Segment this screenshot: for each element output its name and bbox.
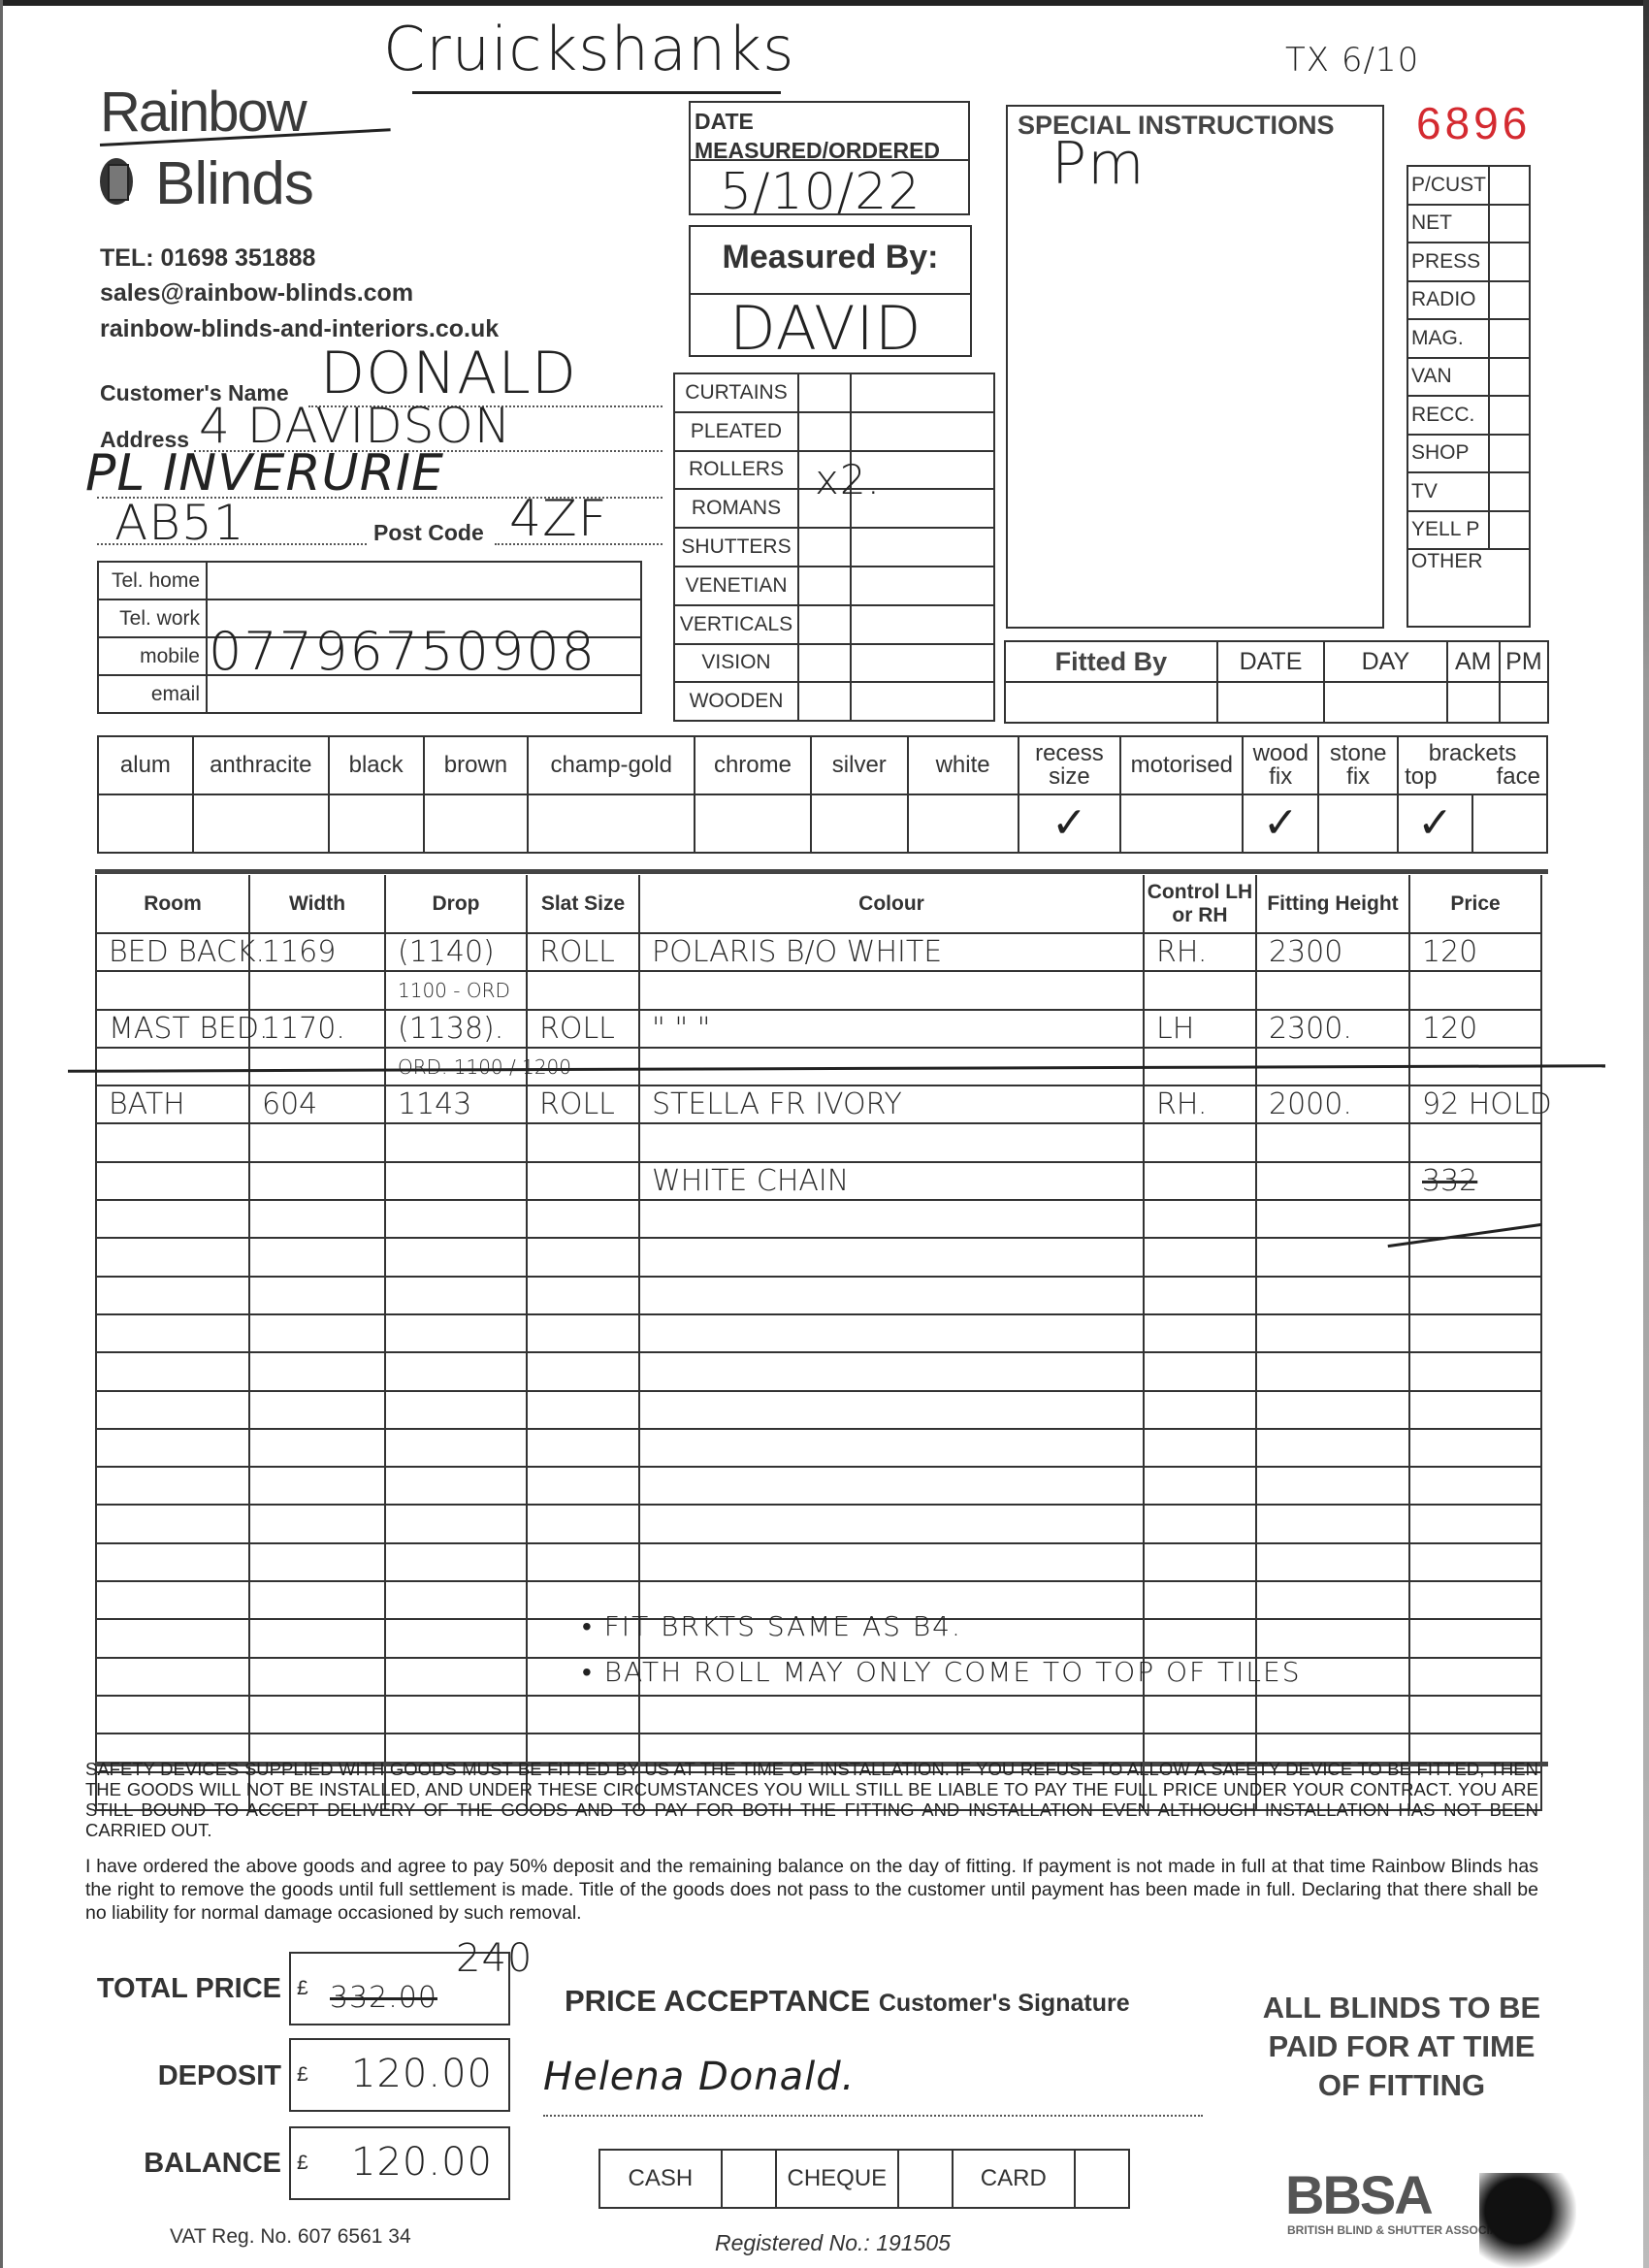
- cell-control[interactable]: [1144, 1619, 1256, 1657]
- cell-price[interactable]: [1409, 1505, 1541, 1542]
- cell-price[interactable]: [1409, 971, 1541, 1009]
- product-type-row: CURTAINS: [674, 373, 994, 412]
- address-line2-value[interactable]: PL INVERURIE: [85, 444, 444, 502]
- cell-price[interactable]: [1409, 1658, 1541, 1696]
- lead-source-checkbox[interactable]: [1489, 281, 1530, 320]
- cell-width[interactable]: [249, 1658, 385, 1696]
- fitting-schedule-table: Fitted By DATE DAY AM PM: [1004, 640, 1549, 724]
- product-type-notes[interactable]: [851, 567, 994, 605]
- balance-label: BALANCE: [58, 2148, 281, 2180]
- cell-drop[interactable]: [385, 1505, 527, 1542]
- cell-colour[interactable]: [639, 1238, 1144, 1276]
- lead-source-row: RADIO: [1407, 281, 1530, 320]
- cell-colour[interactable]: [639, 1352, 1144, 1390]
- cell-width[interactable]: [249, 971, 385, 1009]
- payment-cheque-checkbox[interactable]: [898, 2150, 953, 2208]
- cell-colour[interactable]: STELLA FR IVORY: [639, 1085, 1144, 1123]
- registered-number: Registered No.: 191505: [715, 2230, 951, 2256]
- option-white-checkbox[interactable]: [908, 794, 1018, 853]
- cell-room[interactable]: [96, 1619, 249, 1657]
- date-value[interactable]: 5/10/22: [720, 163, 921, 221]
- lead-source-row: P/CUST: [1407, 166, 1530, 205]
- option-motorised: motorised: [1120, 736, 1243, 794]
- cell-slat[interactable]: [527, 1352, 639, 1390]
- product-type-notes[interactable]: [851, 605, 994, 644]
- cell-width[interactable]: [249, 1619, 385, 1657]
- cell-slat[interactable]: [527, 1505, 639, 1542]
- price-acceptance-heading: PRICE ACCEPTANCE Customer's Signature: [565, 1984, 1130, 2019]
- ink-smudge: [1479, 2173, 1576, 2268]
- cell-width[interactable]: [249, 1543, 385, 1581]
- scan-edge-right: [1643, 0, 1649, 2268]
- fitting-header-row: Fitted By DATE DAY AM PM: [1005, 641, 1548, 682]
- cell-drop[interactable]: 1143: [385, 1085, 527, 1123]
- option-silver: silver: [811, 736, 908, 794]
- cell-control[interactable]: [1144, 1429, 1256, 1467]
- brackets-face-checkbox[interactable]: [1473, 795, 1546, 852]
- option-champ-gold: champ-gold: [528, 736, 695, 794]
- lead-source-row: VAN: [1407, 358, 1530, 397]
- pound-sign: £: [297, 2152, 308, 2175]
- cell-width[interactable]: [249, 1123, 385, 1161]
- product-type-notes[interactable]: [851, 682, 994, 721]
- product-type-row: VISION: [674, 644, 994, 683]
- product-type-label: VENETIAN: [674, 567, 798, 605]
- special-instructions-value[interactable]: Pm: [1051, 130, 1146, 198]
- cell-colour[interactable]: [639, 1505, 1144, 1542]
- option-wood-fix: wood fix: [1243, 736, 1318, 794]
- lead-source-checkbox[interactable]: [1489, 319, 1530, 358]
- lead-source-row: TV: [1407, 472, 1530, 511]
- total-price-struck: 332.00: [330, 1981, 437, 2015]
- product-type-qty[interactable]: [798, 605, 851, 644]
- brackets-top-label: top: [1405, 765, 1437, 789]
- cell-fitting-height[interactable]: 2300: [1256, 933, 1409, 971]
- cell-drop[interactable]: [385, 1200, 527, 1238]
- cell-colour[interactable]: [639, 1314, 1144, 1352]
- cell-slat[interactable]: [527, 971, 639, 1009]
- cell-width[interactable]: [249, 1238, 385, 1276]
- table-row: [96, 1391, 1541, 1429]
- cell-fitting-height[interactable]: [1256, 1543, 1409, 1581]
- total-price-box[interactable]: £ 332.00 240: [289, 1952, 510, 2025]
- option-chrome: chrome: [695, 736, 811, 794]
- payment-cheque-label: CHEQUE: [776, 2150, 898, 2208]
- table-row: 1100 - ORD: [96, 971, 1541, 1009]
- cell-fitting-height[interactable]: [1256, 1352, 1409, 1390]
- cell-room[interactable]: [96, 1696, 249, 1733]
- cell-room[interactable]: [96, 1581, 249, 1619]
- cell-price[interactable]: [1409, 1467, 1541, 1505]
- cell-room[interactable]: MAST BED.: [96, 1010, 249, 1048]
- order-table-top-rule: [95, 869, 1548, 874]
- option-silver-checkbox[interactable]: [811, 794, 908, 853]
- lead-source-other-field[interactable]: OTHER: [1407, 549, 1530, 627]
- logo-blinds-text: Blinds: [155, 149, 313, 218]
- cell-control[interactable]: [1144, 1543, 1256, 1581]
- date-label: DATE MEASURED/ORDERED: [695, 107, 940, 165]
- order-note-2: • BATH ROLL MAY ONLY COME TO TOP OF TILE…: [582, 1656, 1301, 1688]
- cell-slat[interactable]: [527, 1467, 639, 1505]
- cell-fitting-height[interactable]: [1256, 1277, 1409, 1314]
- cell-price[interactable]: 120: [1409, 933, 1541, 971]
- cell-price[interactable]: [1409, 1543, 1541, 1581]
- cell-price[interactable]: [1409, 1391, 1541, 1429]
- deposit-label: DEPOSIT: [58, 2060, 281, 2092]
- email-label: email: [98, 675, 207, 713]
- table-row: [96, 1277, 1541, 1314]
- brackets-top-checkbox[interactable]: ✓: [1399, 795, 1473, 852]
- cell-room[interactable]: [96, 1048, 249, 1085]
- cell-fitting-height[interactable]: [1256, 1162, 1409, 1200]
- cell-room[interactable]: [96, 1391, 249, 1429]
- finish-options-table: alum anthracite black brown champ-gold c…: [97, 735, 1548, 854]
- cell-drop[interactable]: [385, 1619, 527, 1657]
- fitting-pm-checkbox[interactable]: [1500, 682, 1548, 723]
- cell-control[interactable]: [1144, 1581, 1256, 1619]
- product-type-qty[interactable]: [798, 528, 851, 567]
- cell-fitting-height[interactable]: [1256, 1200, 1409, 1238]
- cell-drop[interactable]: ORD. 1100 / 1200: [385, 1048, 527, 1085]
- checkmark-icon: ✓: [1263, 799, 1299, 847]
- cell-fitting-height[interactable]: [1256, 1429, 1409, 1467]
- cell-room[interactable]: [96, 1238, 249, 1276]
- cell-control[interactable]: [1144, 1505, 1256, 1542]
- cell-colour[interactable]: [639, 1123, 1144, 1161]
- cell-colour[interactable]: [639, 1391, 1144, 1429]
- cell-control[interactable]: [1144, 1467, 1256, 1505]
- cell-control[interactable]: [1144, 1123, 1256, 1161]
- cell-room[interactable]: [96, 1429, 249, 1467]
- cell-width[interactable]: [249, 1162, 385, 1200]
- lead-source-row: PRESS: [1407, 243, 1530, 281]
- measured-by-box: Measured By: DAVID: [689, 225, 972, 357]
- cell-price[interactable]: [1409, 1314, 1541, 1352]
- cell-price[interactable]: [1409, 1277, 1541, 1314]
- safety-terms: SAFETY DEVICES SUPPLIED WITH GOODS MUST …: [85, 1759, 1538, 1840]
- lead-source-row: NET: [1407, 205, 1530, 243]
- table-row: [96, 1238, 1541, 1276]
- cell-price[interactable]: [1409, 1429, 1541, 1467]
- cell-room[interactable]: [96, 1505, 249, 1542]
- option-alum-checkbox[interactable]: [98, 794, 193, 853]
- table-row: [96, 1505, 1541, 1542]
- cell-width[interactable]: [249, 1048, 385, 1085]
- table-row: [96, 1429, 1541, 1467]
- lead-source-checkbox[interactable]: [1489, 472, 1530, 511]
- cell-width[interactable]: [249, 1505, 385, 1542]
- phone-home-label: Tel. home: [98, 562, 207, 599]
- cell-fitting-height[interactable]: [1256, 1123, 1409, 1161]
- fitting-am-checkbox[interactable]: [1447, 682, 1500, 723]
- product-type-qty[interactable]: [798, 373, 851, 412]
- cell-fitting-height[interactable]: [1256, 1581, 1409, 1619]
- cell-room[interactable]: [96, 1543, 249, 1581]
- cell-room[interactable]: [96, 1467, 249, 1505]
- cell-room[interactable]: [96, 1123, 249, 1161]
- cell-slat[interactable]: [527, 1314, 639, 1352]
- cell-drop[interactable]: (1140): [385, 933, 527, 971]
- cell-control[interactable]: RH.: [1144, 1085, 1256, 1123]
- cell-room[interactable]: BATH: [96, 1085, 249, 1123]
- cell-drop[interactable]: 1100 - ORD: [385, 971, 527, 1009]
- order-table-header: Room Width Drop Slat Size Colour Control…: [96, 875, 1541, 933]
- product-type-table: CURTAINS PLEATED ROLLERS ROMANS SHUTTERS…: [673, 373, 995, 722]
- payment-card-checkbox[interactable]: [1075, 2150, 1129, 2208]
- cell-slat[interactable]: [527, 1429, 639, 1467]
- fitting-pm-label: PM: [1500, 641, 1548, 682]
- balance-box[interactable]: £ 120.00: [289, 2126, 510, 2200]
- deposit-box[interactable]: £ 120.00: [289, 2038, 510, 2112]
- cell-colour[interactable]: [639, 1467, 1144, 1505]
- phone-home-field[interactable]: [207, 562, 641, 599]
- cell-price[interactable]: [1409, 1238, 1541, 1276]
- cell-colour[interactable]: [639, 1696, 1144, 1733]
- cell-price[interactable]: [1409, 1581, 1541, 1619]
- lead-source-row: YELL P: [1407, 511, 1530, 550]
- cell-colour[interactable]: [639, 1429, 1144, 1467]
- customer-signature-label: Customer's Signature: [879, 1990, 1130, 2017]
- lead-source-checkbox[interactable]: [1489, 435, 1530, 473]
- cell-width[interactable]: [249, 1391, 385, 1429]
- cell-control[interactable]: [1144, 1162, 1256, 1200]
- cell-drop[interactable]: [385, 1467, 527, 1505]
- cell-control[interactable]: [1144, 1352, 1256, 1390]
- cell-slat[interactable]: [527, 1123, 639, 1161]
- total-price-value: 240: [456, 1936, 533, 1981]
- cell-room[interactable]: [96, 1352, 249, 1390]
- product-type-qty[interactable]: [798, 682, 851, 721]
- cell-slat[interactable]: ROLL: [527, 933, 639, 971]
- cell-fitting-height[interactable]: [1256, 1391, 1409, 1429]
- product-type-notes[interactable]: [851, 412, 994, 451]
- cell-fitting-height[interactable]: 2300.: [1256, 1010, 1409, 1048]
- product-type-row: VENETIAN: [674, 567, 994, 605]
- cell-slat[interactable]: ROLL: [527, 1085, 639, 1123]
- cell-control[interactable]: LH: [1144, 1010, 1256, 1048]
- rollers-quantity-mark: x2.: [815, 456, 881, 503]
- cell-width[interactable]: [249, 1314, 385, 1352]
- col-fitting-height: Fitting Height: [1256, 875, 1409, 933]
- cell-fitting-height[interactable]: 2000.: [1256, 1085, 1409, 1123]
- cell-drop[interactable]: [385, 1658, 527, 1696]
- col-slat-size: Slat Size: [527, 875, 639, 933]
- product-type-qty[interactable]: [798, 567, 851, 605]
- option-wood-fix-checkbox[interactable]: ✓: [1243, 794, 1318, 853]
- cell-control[interactable]: [1144, 1238, 1256, 1276]
- pound-sign: £: [297, 1977, 308, 2000]
- product-type-qty[interactable]: [798, 644, 851, 683]
- postcode-label: Post Code: [373, 520, 484, 546]
- table-row: [96, 1314, 1541, 1352]
- option-motorised-checkbox[interactable]: [1120, 794, 1243, 853]
- cell-price[interactable]: [1409, 1619, 1541, 1657]
- postcode-value[interactable]: 4ZF: [509, 490, 608, 548]
- lead-source-checkbox[interactable]: [1489, 511, 1530, 550]
- cell-room[interactable]: BED BACK.: [96, 933, 249, 971]
- cell-width[interactable]: [249, 1696, 385, 1733]
- cell-slat[interactable]: [527, 1391, 639, 1429]
- cell-price[interactable]: [1409, 1123, 1541, 1161]
- payment-method-row: CASH CHEQUE CARD: [599, 2150, 1129, 2208]
- cell-slat[interactable]: [527, 1238, 639, 1276]
- phone-row: Tel. home: [98, 562, 641, 599]
- customer-signature[interactable]: Helena Donald.: [543, 2055, 855, 2099]
- option-chrome-checkbox[interactable]: [695, 794, 811, 853]
- lead-source-row: RECC.: [1407, 396, 1530, 435]
- cell-drop[interactable]: [385, 1391, 527, 1429]
- cell-control[interactable]: [1144, 1277, 1256, 1314]
- table-row: [96, 1467, 1541, 1505]
- cell-width[interactable]: 604: [249, 1085, 385, 1123]
- option-brown: brown: [424, 736, 529, 794]
- table-row: [96, 1200, 1541, 1238]
- option-recess-size-checkbox[interactable]: ✓: [1018, 794, 1121, 853]
- cell-control[interactable]: [1144, 971, 1256, 1009]
- product-type-notes[interactable]: [851, 528, 994, 567]
- fitting-day-field[interactable]: [1324, 682, 1446, 723]
- cell-colour[interactable]: [639, 1200, 1144, 1238]
- cell-colour[interactable]: [639, 1277, 1144, 1314]
- cell-width[interactable]: 1169: [249, 933, 385, 971]
- cell-width[interactable]: [249, 1429, 385, 1467]
- lead-source-checkbox[interactable]: [1489, 396, 1530, 435]
- lead-source-table: P/CUST NET PRESS RADIO MAG. VAN RECC. SH…: [1406, 165, 1531, 628]
- lead-source-checkbox[interactable]: [1489, 243, 1530, 281]
- cell-drop[interactable]: [385, 1314, 527, 1352]
- cell-room[interactable]: [96, 1200, 249, 1238]
- phone-mobile-label: mobile: [98, 637, 207, 675]
- cell-width[interactable]: [249, 1277, 385, 1314]
- fitting-date-label: DATE: [1217, 641, 1324, 682]
- cell-room[interactable]: [96, 1277, 249, 1314]
- payment-cash-checkbox[interactable]: [722, 2150, 776, 2208]
- scan-edge-left: [0, 0, 3, 2268]
- cell-width[interactable]: 1170.: [249, 1010, 385, 1048]
- cell-fitting-height[interactable]: [1256, 1238, 1409, 1276]
- cell-price[interactable]: 120: [1409, 1010, 1541, 1048]
- cell-price[interactable]: [1409, 1352, 1541, 1390]
- handwritten-tx-note: TX 6/10: [1285, 41, 1419, 80]
- checkmark-icon: ✓: [1051, 799, 1087, 847]
- cell-colour[interactable]: POLARIS B/O WHITE: [639, 933, 1144, 971]
- cell-width[interactable]: [249, 1467, 385, 1505]
- checkmark-icon: ✓: [1417, 812, 1453, 835]
- fitted-by-field[interactable]: [1005, 682, 1217, 723]
- cell-drop[interactable]: [385, 1352, 527, 1390]
- scan-edge-top: [0, 0, 1649, 6]
- product-type-qty[interactable]: [798, 412, 851, 451]
- option-stone-fix-checkbox[interactable]: [1318, 794, 1398, 853]
- cell-control[interactable]: [1144, 1200, 1256, 1238]
- lead-source-label: YELL P: [1407, 511, 1489, 550]
- cell-room[interactable]: [96, 1162, 249, 1200]
- cell-slat[interactable]: ROLL: [527, 1010, 639, 1048]
- cell-drop[interactable]: [385, 1238, 527, 1276]
- fitted-by-label: Fitted By: [1005, 641, 1217, 682]
- cell-fitting-height[interactable]: [1256, 1619, 1409, 1657]
- cell-price[interactable]: 92 HOLD: [1409, 1085, 1541, 1123]
- mobile-value[interactable]: 07796750908: [209, 621, 597, 682]
- address-line3-value[interactable]: AB51: [114, 495, 245, 551]
- cell-slat[interactable]: [527, 1162, 639, 1200]
- cell-colour[interactable]: [639, 971, 1144, 1009]
- cell-width[interactable]: [249, 1200, 385, 1238]
- lead-source-checkbox[interactable]: [1489, 166, 1530, 205]
- cell-width[interactable]: [249, 1581, 385, 1619]
- option-black: black: [329, 736, 424, 794]
- option-anthracite-checkbox[interactable]: [193, 794, 329, 853]
- lead-source-checkbox[interactable]: [1489, 358, 1530, 397]
- col-room: Room: [96, 875, 249, 933]
- cell-room[interactable]: [96, 1658, 249, 1696]
- cell-drop[interactable]: [385, 1696, 527, 1733]
- cell-drop[interactable]: [385, 1543, 527, 1581]
- option-champ-gold-checkbox[interactable]: [528, 794, 695, 853]
- cell-price[interactable]: 332: [1409, 1162, 1541, 1200]
- lead-source-checkbox[interactable]: [1489, 205, 1530, 243]
- cell-drop[interactable]: [385, 1581, 527, 1619]
- lead-source-label: SHOP: [1407, 435, 1489, 473]
- options-header-row: alum anthracite black brown champ-gold c…: [98, 736, 1547, 794]
- cell-price[interactable]: [1409, 1696, 1541, 1733]
- cell-slat[interactable]: [527, 1200, 639, 1238]
- cell-drop[interactable]: [385, 1123, 527, 1161]
- cell-colour[interactable]: " " ": [639, 1010, 1144, 1048]
- lead-source-label: RECC.: [1407, 396, 1489, 435]
- cell-control[interactable]: [1144, 1314, 1256, 1352]
- cell-slat[interactable]: [527, 1277, 639, 1314]
- cell-drop[interactable]: [385, 1277, 527, 1314]
- cell-room[interactable]: [96, 1314, 249, 1352]
- cell-fitting-height[interactable]: [1256, 1696, 1409, 1733]
- cell-drop[interactable]: [385, 1429, 527, 1467]
- cell-fitting-height[interactable]: [1256, 1505, 1409, 1542]
- cell-fitting-height[interactable]: [1256, 1467, 1409, 1505]
- lead-source-other-row: OTHER: [1407, 549, 1530, 627]
- date-label-line1: DATE: [695, 107, 940, 136]
- cell-room[interactable]: [96, 971, 249, 1009]
- product-type-label: VERTICALS: [674, 605, 798, 644]
- cell-colour[interactable]: WHITE CHAIN: [639, 1162, 1144, 1200]
- phone-work-label: Tel. work: [98, 599, 207, 637]
- cell-slat[interactable]: [527, 1543, 639, 1581]
- product-type-label: ROLLERS: [674, 451, 798, 490]
- cell-fitting-height[interactable]: [1256, 971, 1409, 1009]
- cell-drop[interactable]: (1138).: [385, 1010, 527, 1048]
- lead-source-row: SHOP: [1407, 435, 1530, 473]
- option-black-checkbox[interactable]: [329, 794, 424, 853]
- cell-control[interactable]: [1144, 1696, 1256, 1733]
- option-stone-fix: stone fix: [1318, 736, 1398, 794]
- measured-by-value[interactable]: DAVID: [729, 293, 922, 364]
- cell-colour[interactable]: [639, 1543, 1144, 1581]
- option-brown-checkbox[interactable]: [424, 794, 529, 853]
- cell-control[interactable]: RH.: [1144, 933, 1256, 971]
- option-recess-size: recess size: [1018, 736, 1121, 794]
- payment-card-label: CARD: [953, 2150, 1075, 2208]
- lead-source-row: MAG.: [1407, 319, 1530, 358]
- cell-slat[interactable]: [527, 1696, 639, 1733]
- cell-fitting-height[interactable]: [1256, 1314, 1409, 1352]
- fitting-date-field[interactable]: [1217, 682, 1324, 723]
- cell-drop[interactable]: [385, 1162, 527, 1200]
- product-type-notes[interactable]: [851, 373, 994, 412]
- product-type-notes[interactable]: [851, 644, 994, 683]
- cell-width[interactable]: [249, 1352, 385, 1390]
- brackets-sub-labels: top face: [1399, 765, 1546, 789]
- cell-control[interactable]: [1144, 1391, 1256, 1429]
